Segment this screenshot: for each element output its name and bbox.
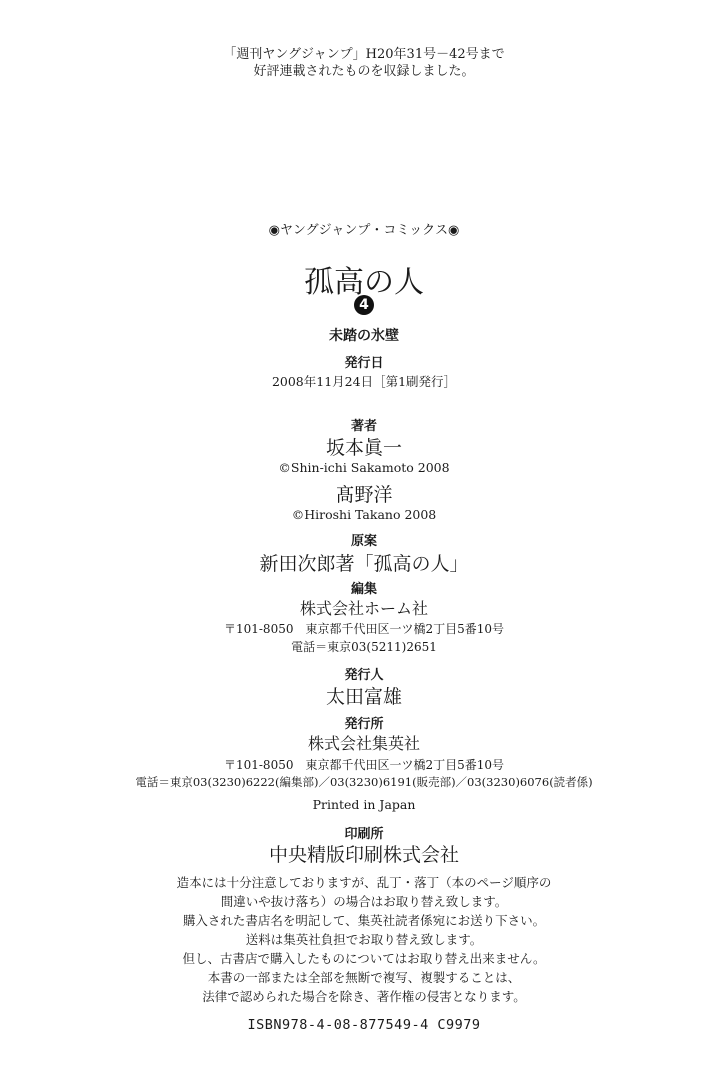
publication-date-label: 発行日 [0, 352, 728, 371]
notice-line: 間違いや抜け落ち）の場合はお取り替え致します。 [0, 892, 728, 911]
editing-company: 株式会社ホーム社 [0, 596, 728, 619]
notice-line: 購入された書店名を明記して、集英社読者係宛にお送り下さい。 [0, 911, 728, 930]
publisher-person-label: 発行人 [0, 664, 728, 683]
publisher-phone: 電話＝東京03(3230)6222(編集部)／03(3230)6191(販売部)… [0, 774, 728, 790]
printed-in: Printed in Japan [0, 797, 728, 812]
series-label: ◉ヤングジャンプ・コミックス◉ [0, 219, 728, 238]
publication-date-value: 2008年11月24日［第1刷発行］ [0, 372, 728, 390]
volume-number-badge: 4 [354, 295, 374, 315]
publisher-address: 〒101-8050 東京都千代田区一ツ橋2丁目5番10号 [0, 756, 728, 773]
isbn: ISBN978-4-08-877549-4 C9979 [0, 1017, 728, 1033]
author2-name: 髙野洋 [0, 480, 728, 507]
serialization-note-line2: 好評連載されたものを収録しました。 [0, 63, 728, 80]
replacement-notice: 造本には十分注意しておりますが、乱丁・落丁（本のページ順序の 間違いや抜け落ち）… [0, 873, 728, 1006]
volume-badge-wrap: 4 [0, 294, 728, 315]
notice-line: 本書の一部または全部を無断で複写、複製することは、 [0, 968, 728, 987]
original-work-label: 原案 [0, 530, 728, 549]
editing-address: 〒101-8050 東京都千代田区一ツ橋2丁目5番10号 [0, 620, 728, 637]
volume-subtitle: 未踏の氷壁 [0, 325, 728, 345]
notice-line: 送料は集英社負担でお取り替え致します。 [0, 930, 728, 949]
notice-line: 法律で認められた場合を除き、著作権の侵害となります。 [0, 987, 728, 1006]
editing-phone: 電話＝東京03(5211)2651 [0, 638, 728, 655]
publisher-person-name: 太田富雄 [0, 682, 728, 709]
author-label: 著者 [0, 415, 728, 434]
serialization-note-line1: 「週刊ヤングジャンプ」H20年31号－42号まで [0, 46, 728, 63]
original-work-value: 新田次郎著「孤高の人」 [0, 549, 728, 576]
author2-copyright: ©Hiroshi Takano 2008 [0, 507, 728, 522]
notice-line: 造本には十分注意しておりますが、乱丁・落丁（本のページ順序の [0, 873, 728, 892]
serialization-note: 「週刊ヤングジャンプ」H20年31号－42号まで 好評連載されたものを収録しまし… [0, 46, 728, 80]
publisher-company: 株式会社集英社 [0, 731, 728, 754]
author1-name: 坂本眞一 [0, 433, 728, 460]
author1-copyright: ©Shin-ichi Sakamoto 2008 [0, 460, 728, 475]
printer-name: 中央精版印刷株式会社 [0, 840, 728, 867]
notice-line: 但し、古書店で購入したものについてはお取り替え出来ません。 [0, 949, 728, 968]
publisher-label: 発行所 [0, 713, 728, 732]
editing-label: 編集 [0, 578, 728, 597]
